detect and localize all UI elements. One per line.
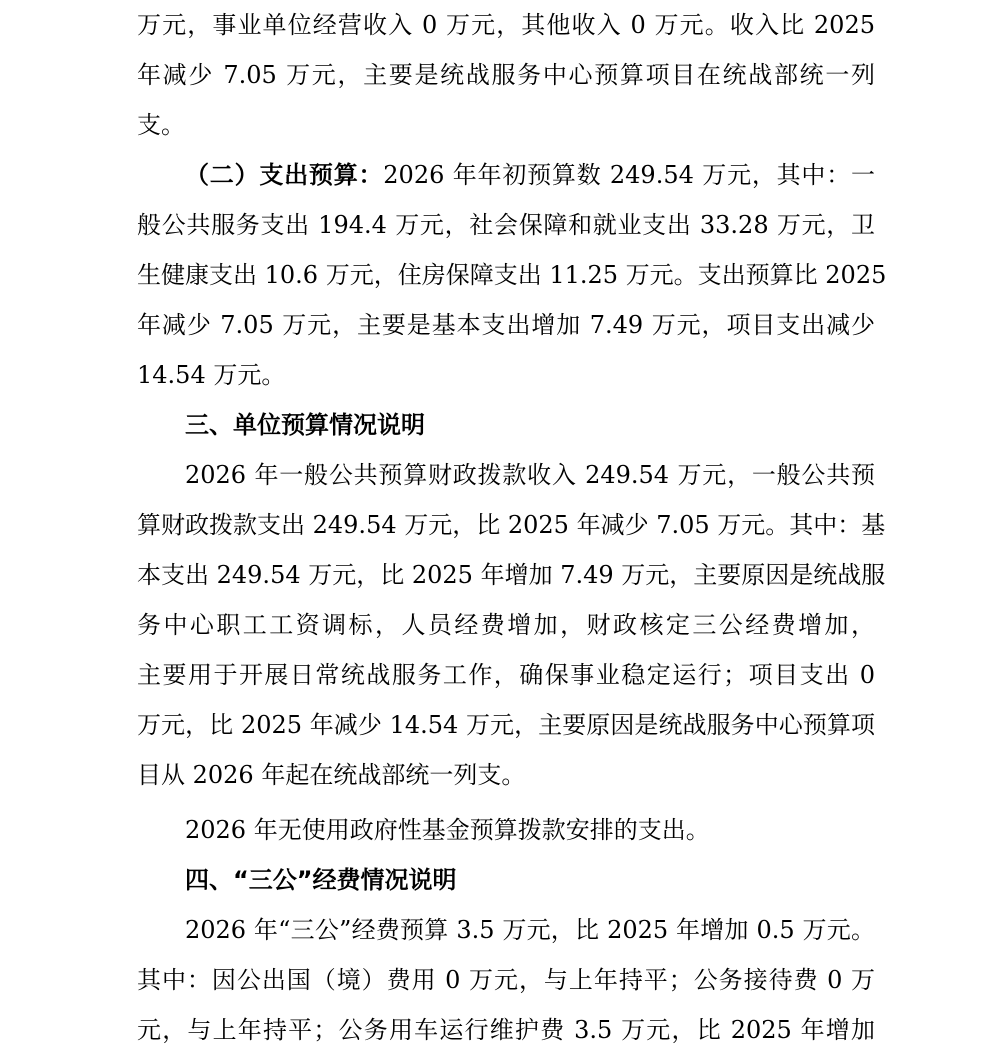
- paragraph-line: 2026 年无使用政府性基金预算拨款安排的支出。: [185, 805, 875, 855]
- section-heading: 四、“三公”经费情况说明: [185, 855, 875, 905]
- paragraph-line: 元，与上年持平；公务用车运行维护费 3.5 万元，比 2025 年增加: [137, 1005, 875, 1053]
- paragraph-line: 支。: [137, 100, 875, 150]
- paragraph-line: 年减少 7.05 万元，主要是基本支出增加 7.49 万元，项目支出减少: [137, 300, 875, 350]
- paragraph-line: 万元，比 2025 年减少 14.54 万元，主要原因是统战服务中心预算项: [137, 700, 875, 750]
- paragraph-line: 般公共服务支出 194.4 万元，社会保障和就业支出 33.28 万元，卫: [137, 200, 875, 250]
- paragraph-line: 算财政拨款支出 249.54 万元，比 2025 年减少 7.05 万元。其中：…: [137, 500, 875, 550]
- paragraph-line: 其中：因公出国（境）费用 0 万元，与上年持平；公务接待费 0 万: [137, 955, 875, 1005]
- expenditure-budget-label: （二）支出预算：: [185, 161, 383, 189]
- paragraph-line: 年减少 7.05 万元，主要是统战服务中心预算项目在统战部统一列: [137, 50, 875, 100]
- paragraph-text: 2026 年年初预算数 249.54 万元，其中：一: [383, 161, 875, 189]
- paragraph-line: 14.54 万元。: [137, 350, 875, 400]
- paragraph-line: 生健康支出 10.6 万元，住房保障支出 11.25 万元。支出预算比 2025: [137, 250, 875, 300]
- paragraph-line: 目从 2026 年起在统战部统一列支。: [137, 750, 875, 800]
- paragraph-line: 本支出 249.54 万元，比 2025 年增加 7.49 万元，主要原因是统战…: [137, 550, 875, 600]
- paragraph-line: 万元，事业单位经营收入 0 万元，其他收入 0 万元。收入比 2025: [137, 0, 875, 50]
- paragraph-line: 2026 年“三公”经费预算 3.5 万元，比 2025 年增加 0.5 万元。: [185, 905, 875, 955]
- paragraph-line: 主要用于开展日常统战服务工作，确保事业稳定运行；项目支出 0: [137, 650, 875, 700]
- document-page: 万元，事业单位经营收入 0 万元，其他收入 0 万元。收入比 2025 年减少 …: [0, 0, 1000, 1053]
- paragraph-line: 务中心职工工资调标，人员经费增加，财政核定三公经费增加，: [137, 600, 875, 650]
- paragraph-line: 2026 年一般公共预算财政拨款收入 249.54 万元，一般公共预: [185, 450, 875, 500]
- expenditure-budget-first-line: （二）支出预算：2026 年年初预算数 249.54 万元，其中：一: [185, 150, 875, 200]
- section-heading: 三、单位预算情况说明: [185, 400, 875, 450]
